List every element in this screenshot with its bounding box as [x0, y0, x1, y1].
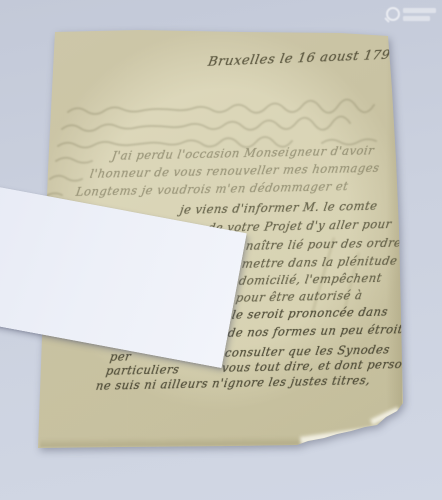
watermark-text-line	[403, 8, 436, 13]
zoom-watermark[interactable]	[386, 7, 436, 21]
handwriting-line: particuliers	[105, 362, 181, 378]
watermark-text-blur	[403, 7, 436, 21]
handwriting-line: pour être autorisé à	[235, 288, 364, 305]
watermark-text-line	[403, 16, 430, 21]
handwriting-line: per	[109, 350, 132, 364]
auction-lot-photo: Bruxelles le 16 aoust 1793 J'ai perdu l'…	[0, 0, 442, 500]
paper-bottom-shade	[40, 436, 310, 447]
magnifier-icon[interactable]	[386, 7, 400, 21]
